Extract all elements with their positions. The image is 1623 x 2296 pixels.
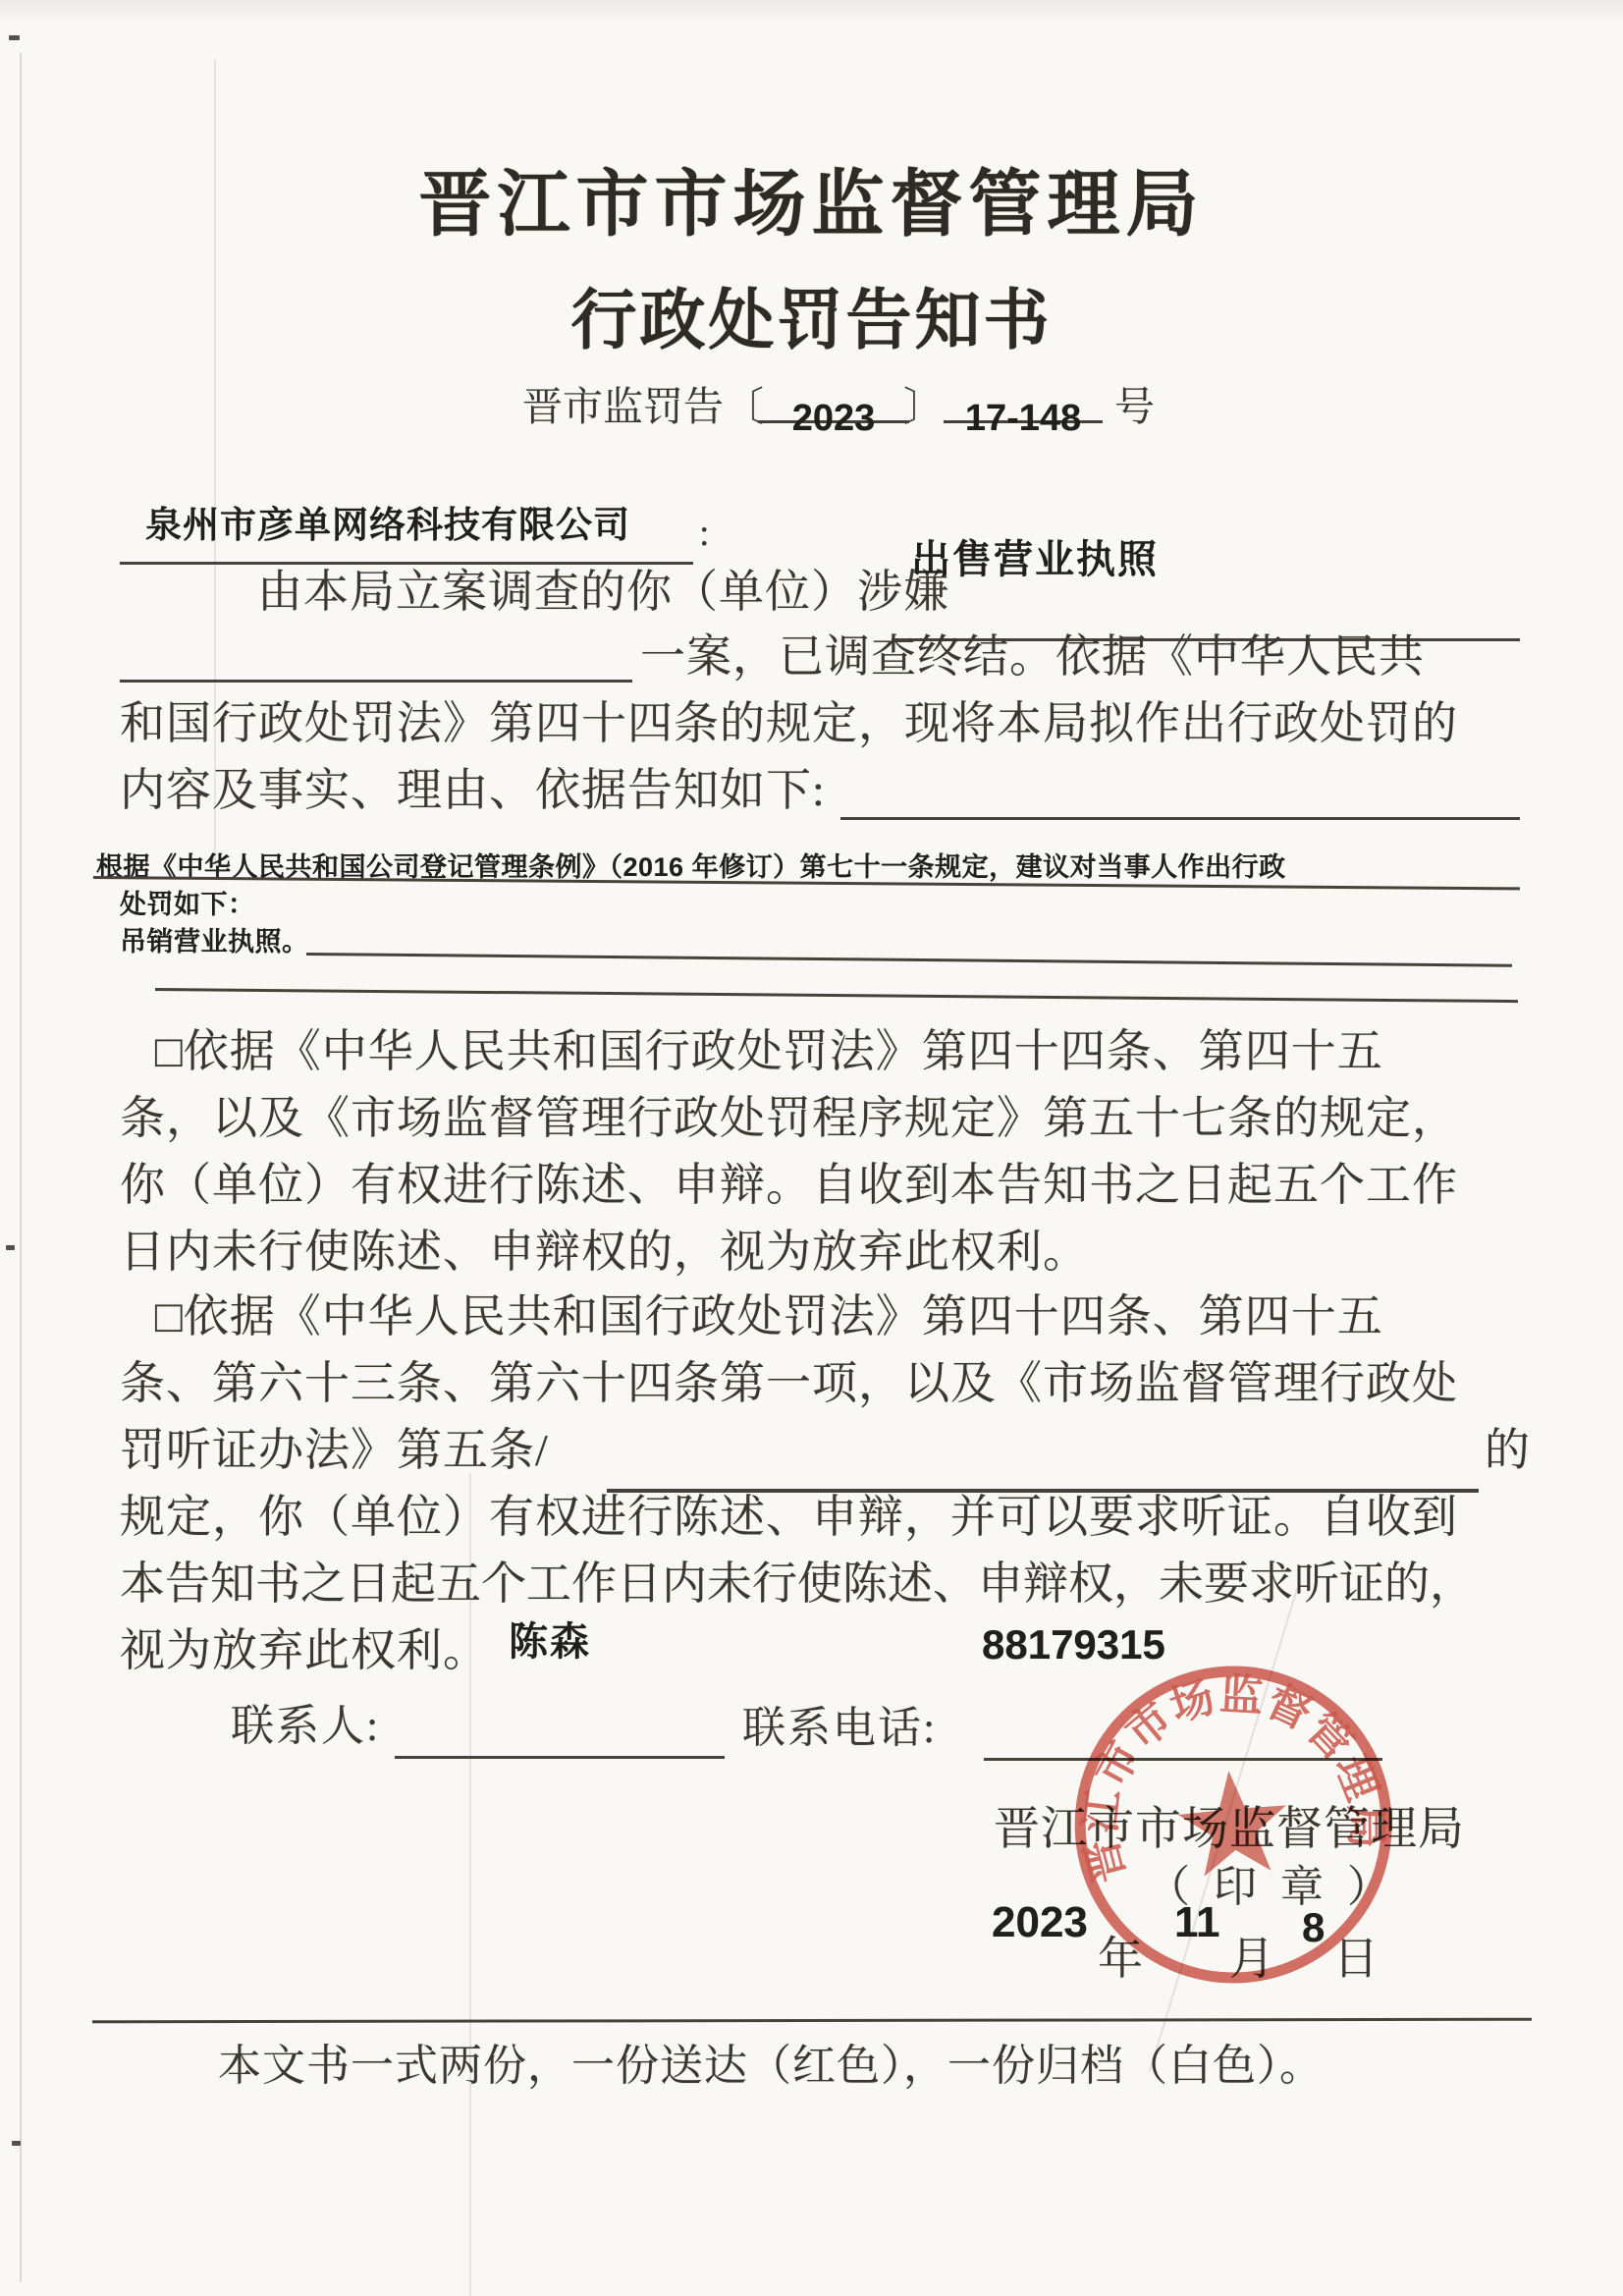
contact-phone-fill: 88179315 [982, 1624, 1165, 1666]
scan-speck [6, 1245, 15, 1250]
official-seal-graphic: 晋江市市场监督管理局 [1053, 1642, 1414, 2003]
intro-line3: 和国行政处罚法》第四十四条的规定，现将本局拟作出行政处罚的 [120, 701, 1458, 746]
document-title-line2: 行政处罚告知书 [0, 289, 1623, 355]
addressee-colon: : [699, 515, 710, 552]
clause-statement-line2: 条，以及《市场监督管理行政处罚程序规定》第五十七条的规定， [120, 1096, 1458, 1141]
addressee-company: 泉州市彦单网络科技有限公司 [145, 507, 630, 543]
doc-number-serial-slot: 17-148 [949, 387, 1097, 427]
finding-line3: 吊销营业执照。 [120, 929, 309, 956]
statement-checkbox: □ [155, 1026, 184, 1076]
document-title-line1: 晋江市市场监督管理局 [0, 169, 1623, 242]
intro-line2: 一案，已调查终结。依据《中华人民共 [640, 634, 1425, 680]
clause-statement-line3: 你（单位）有权进行陈述、申辩。自收到本告知书之日起五个工作 [120, 1163, 1458, 1208]
footer-separator-line [92, 2018, 1532, 2024]
clause-statement-line1-text: 依据《中华人民共和国行政处罚法》第四十四条、第四十五 [184, 1026, 1383, 1076]
official-seal: 晋江市市场监督管理局 [1053, 1642, 1414, 2003]
clause-hearing-line6: 视为放弃此权利。 [120, 1628, 489, 1673]
doc-number-prefix: 晋市监罚告〔 [522, 384, 764, 429]
doc-number-suffix: 号 [1114, 384, 1155, 429]
clause-hearing-line1: □依据《中华人民共和国行政处罚法》第四十四条、第四十五 [155, 1294, 1383, 1339]
doc-number-year-slot: 2023 [764, 387, 903, 427]
clause-statement-line1: □依据《中华人民共和国行政处罚法》第四十四条、第四十五 [155, 1029, 1383, 1074]
finding-line2: 处罚如下： [120, 892, 255, 918]
doc-number-bracket-close: 〕 [903, 384, 944, 429]
clause-statement-line4: 日内未行使陈述、申辩权的，视为放弃此权利。 [120, 1230, 1089, 1275]
clause-hearing-line5: 本告知书之日起五个工作日内未行使陈述、申辩权，未要求听证的， [120, 1561, 1475, 1607]
clause-hearing-line2: 条、第六十三条、第六十四条第一项，以及《市场监督管理行政处 [120, 1361, 1458, 1406]
clause-hearing-line3-left: 罚听证办法》第五条/ [120, 1428, 549, 1473]
clause-hearing-line4: 规定，你（单位）有权进行陈述、申辩，并可以要求听证。自收到 [120, 1495, 1458, 1540]
doc-number-serial: 17-148 [965, 398, 1081, 439]
contact-person-label: 联系人: [231, 1705, 380, 1748]
addressee-underline [120, 562, 693, 565]
clause-hearing-line1-text: 依据《中华人民共和国行政处罚法》第四十四条、第四十五 [184, 1291, 1383, 1341]
contact-person-underline [395, 1756, 725, 1759]
intro-line4: 内容及事实、理由、依据告知如下: [120, 768, 826, 813]
doc-number-year: 2023 [792, 398, 876, 439]
scan-speck [9, 35, 20, 40]
intro-trailing-underline [840, 817, 1520, 820]
scan-speck [12, 2141, 21, 2146]
scan-page-edge [20, 53, 22, 2282]
suspect-fill-text: 出售营业执照 [911, 540, 1159, 579]
seal-star-icon [1174, 1766, 1291, 1878]
finding-blank-underline [155, 988, 1518, 1003]
hearing-checkbox: □ [155, 1291, 184, 1341]
footer-note: 本文书一式两份，一份送达（红色），一份归档（白色）。 [218, 2045, 1324, 2088]
case-blank-underline [120, 680, 632, 683]
finding-trailing-underline [306, 953, 1512, 967]
contact-person-fill: 陈森 [509, 1622, 591, 1662]
contact-phone-label: 联系电话: [742, 1707, 937, 1750]
intro-line1: 由本局立案调查的你（单位）涉嫌 [257, 570, 949, 615]
doc-number-row: 晋市监罚告〔2023〕17-148号 [522, 387, 1155, 427]
scanned-penalty-notice-page: 晋江市市场监督管理局 行政处罚告知书 晋市监罚告〔2023〕17-148号 泉州… [0, 0, 1623, 2296]
clause-hearing-line3-right: 的 [1485, 1428, 1530, 1473]
